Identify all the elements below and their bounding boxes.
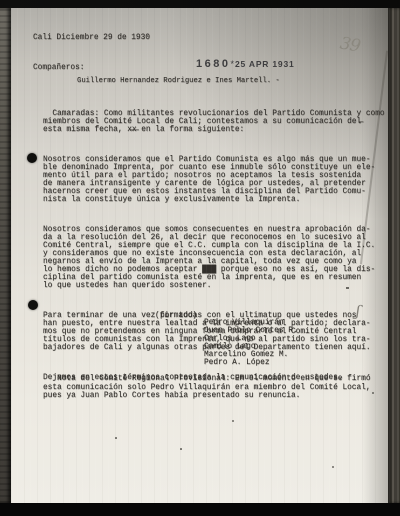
- paper-speck: [332, 466, 334, 468]
- regional-committee-note: Nota del Comité Regional Provisional: En…: [43, 375, 371, 401]
- received-date-stamp: 1680 * 25 APR 1931: [196, 58, 295, 70]
- text-line: negarnos al envío de la Imprenta a la ca…: [43, 258, 391, 266]
- paper-speck: [180, 448, 182, 450]
- document-page: Cali Diciembre 29 de 1930 Compañeros: 16…: [11, 8, 388, 503]
- text-line: da a la resolución del 26, al decir que …: [43, 234, 391, 242]
- paper-speck: [115, 437, 117, 439]
- text-line: Nosotros consideramos que somos consecue…: [43, 226, 391, 234]
- text-line: nista la constituye única y exclusivamen…: [43, 196, 391, 204]
- stamp-separator-icon: *: [230, 59, 234, 69]
- paragraph: Camaradas: Como militantes revolucionari…: [43, 110, 391, 134]
- signatory-list: Pedro VillaquiránJuan Pablo Cortes R.Car…: [204, 319, 298, 367]
- text-line: hacernos creer que en estos instantes la…: [43, 188, 391, 196]
- hole-punch-bottom: [28, 300, 38, 310]
- text-line: ble denominado Imprenta, por cuanto ese …: [43, 164, 391, 172]
- text-line: Carlos Lago: [204, 335, 298, 343]
- photo-left-edge: [0, 8, 11, 503]
- paragraph: Nosotros consideramos que somos consecue…: [43, 226, 391, 290]
- paper-speck: [372, 392, 374, 394]
- text-line: Comité Central, siempre que el C.C. cump…: [43, 242, 391, 250]
- text-line: lo hemos dicho no podemos aceptar ███ po…: [43, 266, 391, 274]
- text-line: lo que ustedes han querido sostener.: [43, 282, 391, 290]
- text-line: Pedro A. López: [204, 359, 298, 367]
- paragraph: Nosotros consideramos que el Partido Com…: [43, 156, 391, 204]
- salutation: Compañeros:: [33, 64, 84, 72]
- photo-bottom-band: [0, 503, 400, 516]
- hole-punch-top: [27, 153, 37, 163]
- text-line: esta misma fecha, x̶x̶ en la forma sigui…: [43, 126, 391, 134]
- text-line: Marcelino Gomez M.: [204, 351, 298, 359]
- handwritten-page-number: 39: [338, 33, 361, 56]
- text-line: Nota del Comité Regional Provisional: En…: [43, 375, 371, 384]
- stamp-date: 25 APR 1931: [235, 59, 295, 69]
- text-line: esta comunicación solo Pedro Villaquirán…: [43, 384, 371, 393]
- signed-label: (firmado): [155, 312, 197, 320]
- paper-speck: [346, 287, 349, 289]
- text-line: de manera intransigente y carente de lóg…: [43, 180, 391, 188]
- paper-speck: [232, 420, 234, 422]
- text-line: miembros del Comité Local de Cali; conte…: [43, 118, 391, 126]
- text-line: mento útil para el partido; nosotros no …: [43, 172, 391, 180]
- text-line: Pedro Villaquirán: [204, 319, 298, 327]
- text-line: ciplina del partido comunista esté en la…: [43, 274, 391, 282]
- text-line: Juan Pablo Cortes R.: [204, 327, 298, 335]
- text-line: Nosotros consideramos que el Partido Com…: [43, 156, 391, 164]
- stamp-number: 1680: [196, 58, 230, 70]
- photo-top-band: [0, 0, 400, 8]
- text-line: pues ya Juan Pablo Cortes había presenta…: [43, 392, 371, 401]
- text-line: Camilo Lago: [204, 343, 298, 351]
- text-line: Camaradas: Como militantes revolucionari…: [43, 110, 391, 118]
- date-line: Cali Diciembre 29 de 1930: [33, 34, 150, 42]
- text-line: y consideramos que no existe inconsecuen…: [43, 250, 391, 258]
- addressee-line: Guillermo Hernandez Rodriguez e Ines Mar…: [77, 77, 280, 85]
